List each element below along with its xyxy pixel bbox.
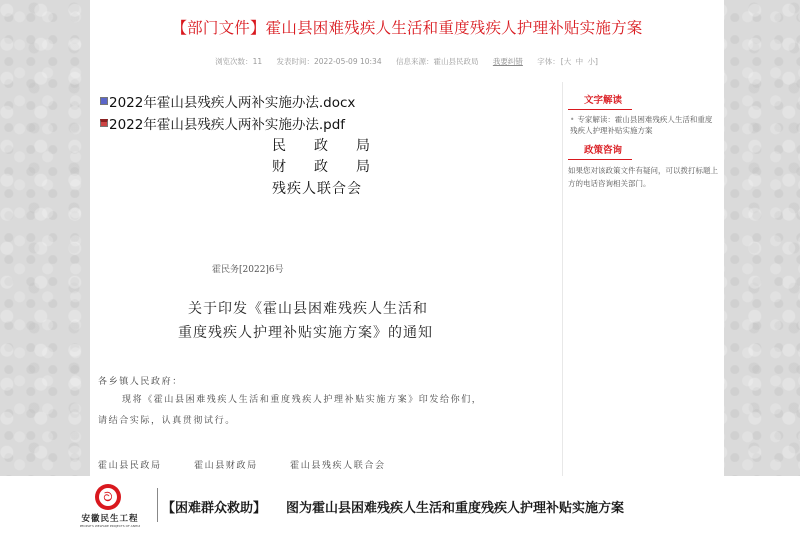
font-size-medium[interactable]: 中 <box>576 57 584 66</box>
article-page: 【部门文件】霍山县困难残疾人生活和重度残疾人护理补贴实施方案 浏览次数：11 发… <box>90 0 724 476</box>
report-error-link[interactable]: 我要纠错 <box>493 57 523 66</box>
notice-title-line1: 关于印发《霍山县困难残疾人生活和 <box>188 298 428 318</box>
department-civil-affairs: 民政局 <box>272 135 398 155</box>
sidebar-heading-consultation: 政策咨询 <box>568 142 632 160</box>
signer-civil-affairs: 霍山县民政局 <box>98 461 162 471</box>
attachment-name[interactable]: 2022年霍山县残疾人两补实施办法.docx <box>109 91 355 111</box>
sidebar-divider <box>562 82 563 476</box>
consultation-text: 如果您对该政策文件有疑问，可以拨打标题上方的电话咨询相关部门。 <box>568 164 718 190</box>
department-finance: 财政局 <box>272 156 398 176</box>
footer-caption-bar: ට 安徽民生工程 PEOPLE'S WELFARE PROJECTS OF AN… <box>0 476 800 533</box>
article-meta: 浏览次数：11 发表时间：2022-05-09 10:34 信息来源：霍山县民政… <box>90 56 724 67</box>
view-count: 浏览次数：11 <box>215 57 262 66</box>
pdf-file-icon <box>100 119 108 127</box>
anhui-welfare-logo: ට 安徽民生工程 PEOPLE'S WELFARE PROJECTS OF AN… <box>70 484 150 528</box>
image-caption: 【困难群众救助】图为霍山县困难残疾人生活和重度残疾人护理补贴实施方案 <box>162 497 624 516</box>
font-size-selector: 字体：[大 中 小] <box>537 57 599 66</box>
notice-title-line2: 重度残疾人护理补贴实施方案》的通知 <box>178 322 433 342</box>
footer-divider <box>157 488 158 522</box>
signer-disabled-federation: 霍山县残疾人联合会 <box>290 461 385 471</box>
attachment-pdf[interactable]: 2022年霍山县残疾人两补实施办法.pdf <box>100 113 345 133</box>
sidebar-link-interpretation[interactable]: •专家解读：霍山县困难残疾人生活和重度残疾人护理补贴实施方案 <box>568 114 718 136</box>
logo-text-en: PEOPLE'S WELFARE PROJECTS OF ANHUI <box>70 524 150 528</box>
article-body: 2022年霍山县残疾人两补实施办法.docx 2022年霍山县残疾人两补实施办法… <box>100 88 560 473</box>
caption-category: 【困难群众救助】 <box>162 501 266 516</box>
attachment-docx[interactable]: 2022年霍山县残疾人两补实施办法.docx <box>100 91 355 111</box>
caption-text: 图为霍山县困难残疾人生活和重度残疾人护理补贴实施方案 <box>286 501 624 516</box>
publish-time: 发表时间：2022-05-09 10:34 <box>277 57 382 66</box>
document-number: 霍民务[2022]6号 <box>212 262 284 275</box>
attachment-name[interactable]: 2022年霍山县残疾人两补实施办法.pdf <box>109 113 345 133</box>
paragraph-line2: 请结合实际，认真贯彻试行。 <box>98 413 236 426</box>
salutation: 各乡镇人民政府： <box>98 374 183 387</box>
signer-finance: 霍山县财政局 <box>194 461 258 471</box>
department-disabled-federation: 残疾人联合会 <box>272 178 362 198</box>
sidebar-heading-interpretation: 文字解读 <box>568 92 632 110</box>
font-size-large[interactable]: [大 <box>561 57 571 66</box>
info-source: 信息来源：霍山县民政局 <box>396 57 479 66</box>
font-size-small[interactable]: 小] <box>587 57 597 66</box>
paragraph-line1: 现将《霍山县困难残疾人生活和重度残疾人护理补贴实施方案》印发给你们， <box>122 392 482 405</box>
signers: 霍山县民政局 霍山县财政局 霍山县残疾人联合会 <box>98 458 414 471</box>
logo-emblem-icon: ට <box>95 484 121 510</box>
sidebar: 文字解读 •专家解读：霍山县困难残疾人生活和重度残疾人护理补贴实施方案 政策咨询… <box>568 92 718 190</box>
article-title: 【部门文件】霍山县困难残疾人生活和重度残疾人护理补贴实施方案 <box>90 16 724 38</box>
bullet-icon: • <box>570 115 574 124</box>
logo-text-cn: 安徽民生工程 <box>70 512 150 524</box>
docx-file-icon <box>100 97 108 105</box>
